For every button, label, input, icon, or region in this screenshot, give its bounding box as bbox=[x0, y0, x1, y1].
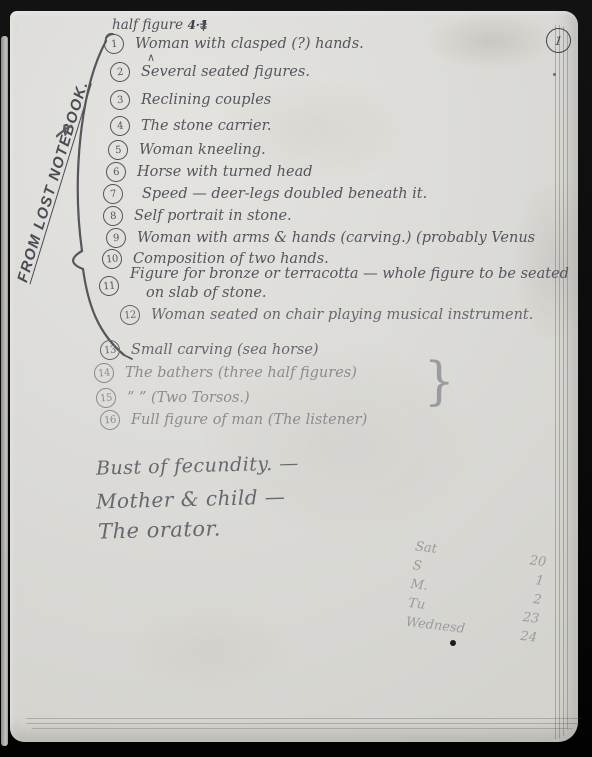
list-item: 11Figure for bronze or terracotta — whol… bbox=[99, 265, 569, 303]
list-item: 1Woman with clasped (?) hands. bbox=[104, 35, 364, 54]
item-text: Reclining couples bbox=[141, 91, 271, 110]
item-number: 16 bbox=[99, 409, 121, 431]
item-text: Woman seated on chair playing musical in… bbox=[151, 306, 533, 325]
item-text: ” ” (Two Torsos.) bbox=[127, 389, 250, 408]
item-text: Woman with clasped (?) hands. bbox=[135, 35, 364, 54]
item-text: Speed — deer-legs doubled beneath it. bbox=[142, 185, 427, 204]
day-value: 24 bbox=[519, 627, 538, 648]
list-item: 2Several seated figures. bbox=[110, 63, 310, 82]
day-notes: Sat20 S1 M.2 Tu23 Wednesd24 bbox=[405, 537, 548, 647]
list-item: 7Speed — deer-legs doubled beneath it. bbox=[103, 185, 427, 204]
item-number: 15 bbox=[95, 387, 117, 409]
item-number: 3 bbox=[109, 89, 131, 111]
item-text: Small carving (sea horse) bbox=[131, 341, 319, 360]
list-item: 14The bathers (three half figures) bbox=[94, 364, 357, 383]
group-brace: } bbox=[424, 351, 455, 411]
day-value: 20 bbox=[529, 551, 548, 572]
item-number: 13 bbox=[99, 339, 121, 361]
day-value: 23 bbox=[522, 608, 541, 629]
item-number: 2 bbox=[109, 61, 131, 83]
item-text: Self portrait in stone. bbox=[134, 207, 292, 226]
item-text: Woman kneeling. bbox=[139, 141, 266, 160]
item-text: Full figure of man (The listener) bbox=[131, 411, 367, 430]
list-item: 9Woman with arms & hands (carving.) (pro… bbox=[106, 229, 535, 248]
item-text: The bathers (three half figures) bbox=[125, 364, 357, 383]
list-item: 16Full figure of man (The listener) bbox=[100, 411, 367, 430]
margin-x-mark: ✗ bbox=[52, 118, 72, 144]
list-item: 4The stone carrier. bbox=[110, 117, 272, 136]
notebook-page: FROM LOST NOTEBOOK. half figure 4·1 ǂ ∧ … bbox=[10, 11, 578, 742]
day-label: M. bbox=[409, 575, 429, 596]
list-item: 6Horse with turned head bbox=[106, 163, 313, 182]
cross-mark-icon: ǂ bbox=[200, 17, 207, 35]
item-number: 12 bbox=[119, 304, 141, 326]
item-number: 7 bbox=[102, 183, 124, 205]
header-insert-text: half figure bbox=[112, 17, 183, 33]
day-label: S bbox=[412, 556, 423, 576]
scanned-notebook-photo: FROM LOST NOTEBOOK. half figure 4·1 ǂ ∧ … bbox=[0, 0, 592, 757]
list-item: 12Woman seated on chair playing musical … bbox=[120, 306, 533, 325]
pencil-dot bbox=[553, 73, 556, 76]
note-line: Mother & child — bbox=[96, 485, 286, 514]
item-text: Figure for bronze or terracotta — whole … bbox=[130, 265, 569, 284]
stacked-pages-bottom bbox=[26, 716, 582, 729]
item-number: 4 bbox=[109, 115, 131, 137]
header-insert: half figure 4·1 bbox=[112, 17, 208, 33]
day-value: 1 bbox=[534, 571, 545, 591]
item-number: 1 bbox=[103, 33, 125, 55]
item-text: Several seated figures. bbox=[141, 63, 310, 82]
page-edge-left bbox=[1, 36, 8, 746]
note-line: Bust of fecundity. — bbox=[96, 452, 299, 479]
day-label: Sat bbox=[414, 537, 438, 559]
item-number: 14 bbox=[93, 362, 115, 384]
item-text: Horse with turned head bbox=[137, 163, 313, 182]
item-number: 11 bbox=[98, 275, 120, 297]
item-text-line2: on slab of stone. bbox=[146, 284, 569, 303]
list-item: 15” ” (Two Torsos.) bbox=[96, 389, 250, 408]
item-number: 6 bbox=[105, 161, 127, 183]
list-item: 13Small carving (sea horse) bbox=[100, 341, 319, 360]
day-label: Tu bbox=[407, 594, 426, 615]
item-number: 8 bbox=[102, 205, 124, 227]
list-item: 5Woman kneeling. bbox=[108, 141, 266, 160]
item-text: Woman with arms & hands (carving.) (prob… bbox=[137, 229, 535, 248]
stacked-pages-right bbox=[555, 25, 568, 739]
list-item: 3Reclining couples bbox=[110, 91, 271, 110]
page-number-badge: 1 bbox=[544, 26, 572, 54]
day-value: 2 bbox=[532, 590, 543, 610]
item-number: 9 bbox=[105, 227, 127, 249]
note-line: The orator. bbox=[98, 516, 221, 543]
item-text: The stone carrier. bbox=[141, 117, 272, 136]
list-item: 8Self portrait in stone. bbox=[103, 207, 292, 226]
item-number: 5 bbox=[107, 139, 129, 161]
ink-dot bbox=[450, 640, 456, 646]
